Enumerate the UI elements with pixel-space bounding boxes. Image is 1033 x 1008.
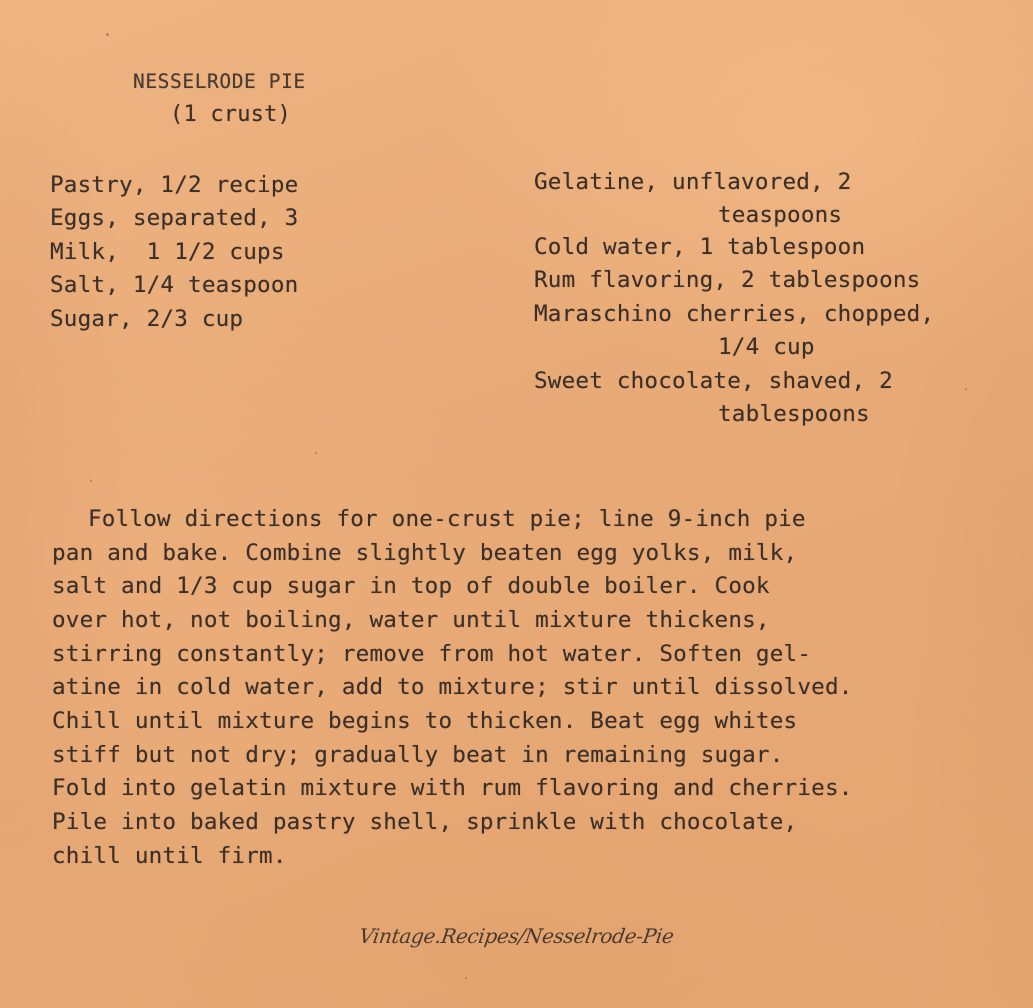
- directions-line: stirring constantly; remove from hot wat…: [52, 643, 811, 666]
- paper-speck: [106, 33, 109, 36]
- ingredient-item: Eggs, separated, 3: [50, 207, 298, 230]
- recipe-subtitle: (1 crust): [170, 104, 291, 126]
- ingredient-item-continuation: teaspoons: [718, 204, 842, 227]
- ingredient-item: Pastry, 1/2 recipe: [50, 174, 298, 197]
- paper-speck: [90, 480, 92, 482]
- ingredient-item: Gelatine, unflavored, 2: [534, 171, 851, 194]
- ingredient-item: Rum flavoring, 2 tablespoons: [534, 269, 920, 292]
- directions-line: Pile into baked pastry shell, sprinkle w…: [52, 811, 797, 834]
- directions-line: stiff but not dry; gradually beat in rem…: [52, 744, 784, 767]
- ingredient-item: Sweet chocolate, shaved, 2: [534, 370, 893, 393]
- directions-line: pan and bake. Combine slightly beaten eg…: [52, 542, 797, 565]
- directions-line: chill until firm.: [52, 845, 287, 868]
- ingredient-item-continuation: 1/4 cup: [718, 336, 815, 359]
- ingredient-item: Salt, 1/4 teaspoon: [50, 274, 298, 297]
- ingredient-item: Sugar, 2/3 cup: [50, 308, 243, 331]
- paper-speck: [465, 977, 467, 979]
- ingredient-item: Cold water, 1 tablespoon: [534, 236, 865, 259]
- directions-line: Follow directions for one-crust pie; lin…: [88, 508, 806, 531]
- recipe-card: NESSELRODE PIE (1 crust) Pastry, 1/2 rec…: [0, 0, 1033, 1008]
- paper-speck: [965, 388, 967, 390]
- paper-speck: [315, 452, 317, 454]
- ingredient-item-continuation: tablespoons: [718, 403, 870, 426]
- ingredient-item: Milk, 1 1/2 cups: [50, 241, 285, 264]
- directions-line: salt and 1/3 cup sugar in top of double …: [52, 575, 770, 598]
- directions-line: atine in cold water, add to mixture; sti…: [52, 676, 853, 699]
- recipe-title: NESSELRODE PIE: [133, 72, 306, 92]
- ingredient-item: Maraschino cherries, chopped,: [534, 303, 934, 326]
- directions-line: over hot, not boiling, water until mixtu…: [52, 609, 770, 632]
- source-watermark: Vintage.Recipes/Nesselrode-Pie: [0, 924, 1033, 948]
- directions-line: Chill until mixture begins to thicken. B…: [52, 710, 797, 733]
- directions-line: Fold into gelatin mixture with rum flavo…: [52, 777, 853, 800]
